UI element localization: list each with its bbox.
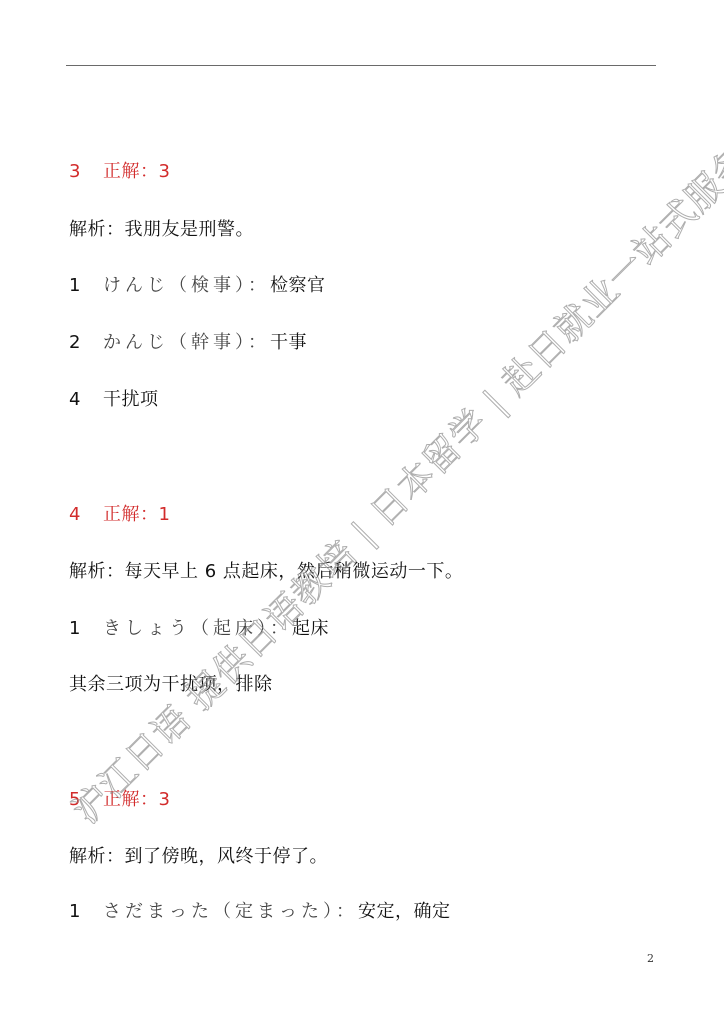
option-meaning: 干事 — [270, 332, 307, 353]
header-rule — [66, 65, 656, 66]
question-3-answer: 3正解：3 — [69, 160, 170, 184]
question-3-option-2: 2かんじ（幹事）：干事 — [69, 331, 307, 355]
question-4-option-1: 1きしょう（起床）：起床 — [69, 617, 329, 641]
question-number: 3 — [69, 160, 103, 184]
option-meaning: 检察官 — [270, 275, 326, 296]
question-4-analysis: 解析：每天早上 6 点起床，然后稍微运动一下。 — [69, 560, 463, 584]
question-3-option-4: 4干扰项 — [69, 388, 159, 412]
question-5-option-1: 1さだまった（定まった）：安定，确定 — [69, 900, 451, 924]
option-number: 1 — [69, 274, 103, 298]
question-4-answer: 4正解：1 — [69, 503, 170, 527]
page-number: 2 — [647, 952, 654, 965]
option-number: 4 — [69, 388, 103, 412]
question-3-option-1: 1けんじ（検事）：检察官 — [69, 274, 326, 298]
option-meaning: 起床 — [292, 618, 329, 639]
option-number: 2 — [69, 331, 103, 355]
option-meaning: 安定，确定 — [358, 901, 451, 922]
answer-label: 正解：3 — [103, 789, 170, 810]
question-number: 4 — [69, 503, 103, 527]
option-meaning: 干扰项 — [103, 389, 159, 410]
option-kana: かんじ（幹事）： — [103, 332, 270, 353]
option-kana: きしょう（起床）： — [103, 618, 292, 639]
option-number: 1 — [69, 617, 103, 641]
question-4-note: 其余三项为干扰项，排除 — [69, 673, 273, 697]
question-5-answer: 5正解：3 — [69, 788, 170, 812]
question-number: 5 — [69, 788, 103, 812]
answer-label: 正解：1 — [103, 504, 170, 525]
option-number: 1 — [69, 900, 103, 924]
option-kana: さだまった（定まった）： — [103, 901, 358, 922]
answer-label: 正解：3 — [103, 161, 170, 182]
question-5-analysis: 解析：到了傍晚，风终于停了。 — [69, 845, 328, 869]
question-3-analysis: 解析：我朋友是刑警。 — [69, 218, 254, 242]
option-kana: けんじ（検事）： — [103, 275, 270, 296]
